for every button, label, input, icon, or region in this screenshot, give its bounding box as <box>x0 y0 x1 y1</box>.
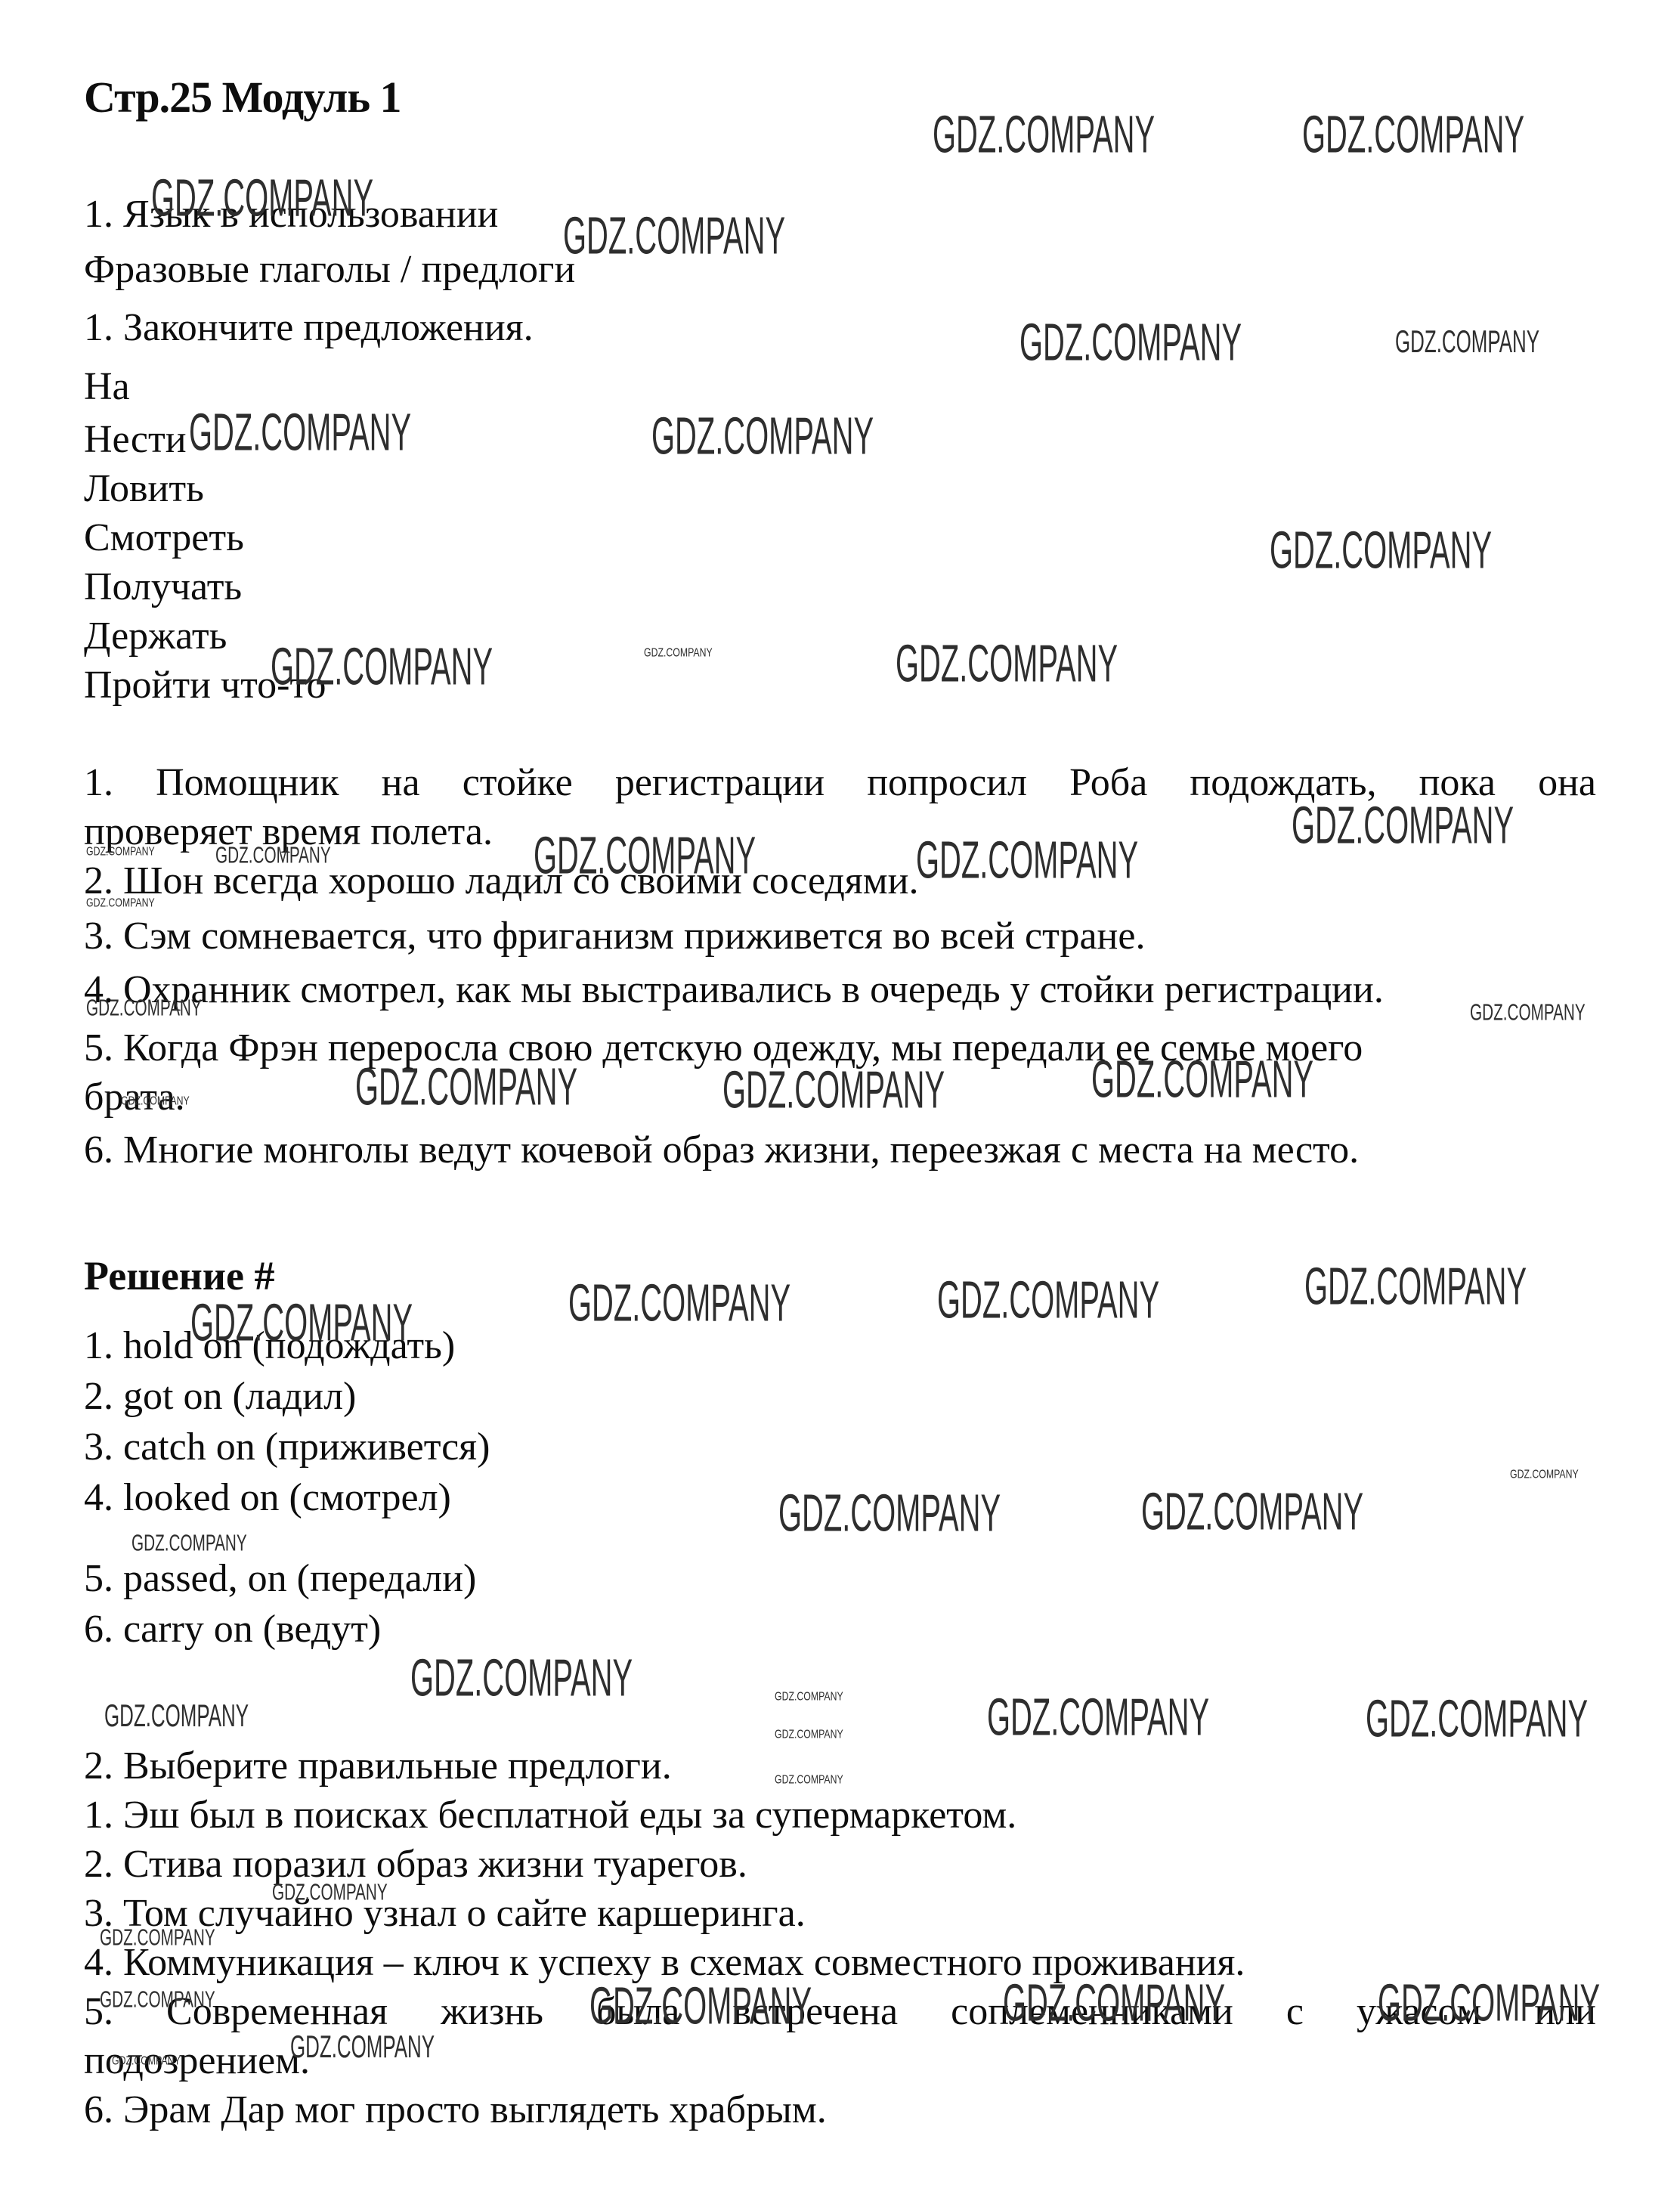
sentence-line: 2. Шон всегда хорошо ладил со своими сос… <box>84 856 1596 905</box>
answer-item: 1. hold on (подождать) <box>84 1320 1596 1371</box>
exercise1-subheading: Фразовые глаголы / предлоги <box>84 245 1596 294</box>
sentence-line: 5. Современная жизнь была встречена сопл… <box>84 1987 1596 2036</box>
watermark-stamp: GDZ.COMPANY <box>775 1690 843 1704</box>
sentence-line: подозрением. <box>84 2036 1596 2085</box>
word-item: На <box>84 362 1596 411</box>
word-item: Пройти что-то <box>84 661 1596 710</box>
word-item: Держать <box>84 611 1596 661</box>
watermark-stamp: GDZ.COMPANY <box>131 1530 247 1556</box>
watermark-stamp: GDZ.COMPANY <box>987 1687 1209 1748</box>
page-title: Стр.25 Модуль 1 <box>84 73 1596 122</box>
sentence-line: 1. Эш был в поисках бесплатной еды за су… <box>84 1791 1596 1840</box>
answer-item: 6. carry on (ведут) <box>84 1604 1596 1654</box>
word-item: Нести <box>84 415 1596 464</box>
watermark-stamp: GDZ.COMPANY <box>104 1698 249 1734</box>
sentence-line: брата. <box>84 1073 1596 1122</box>
sentence-line: 5. Когда Фрэн переросла свою детскую оде… <box>84 1023 1596 1073</box>
answer-item: 5. passed, on (передали) <box>84 1553 1596 1604</box>
exercise1-task: 1. Закончите предложения. <box>84 303 1596 352</box>
document-page: Стр.25 Модуль 1 1. Язык в использовании … <box>0 0 1680 2207</box>
answer-item: 3. catch on (приживется) <box>84 1422 1596 1472</box>
sentence-line: 4. Охранник смотрел, как мы выстраивалис… <box>84 965 1596 1014</box>
word-item: Получать <box>84 562 1596 611</box>
sentence-line: 3. Сэм сомневается, что фриганизм прижив… <box>84 912 1596 961</box>
exercise2-heading: 2. Выберите правильные предлоги. <box>84 1741 1596 1791</box>
sentence-line: 4. Коммуникация – ключ к успеху в схемах… <box>84 1938 1596 1987</box>
sentence-line: 6. Многие монголы ведут кочевой образ жи… <box>84 1125 1596 1175</box>
answer-item: 2. got on (ладил) <box>84 1371 1596 1422</box>
word-item: Смотреть <box>84 513 1596 562</box>
sentence-line: 2. Стива поразил образ жизни туарегов. <box>84 1840 1596 1889</box>
watermark-stamp: GDZ.COMPANY <box>410 1648 633 1709</box>
sentence-line: 1. Помощник на стойке регистрации попрос… <box>84 758 1596 807</box>
answer-item: 4. looked on (смотрел) <box>84 1472 1596 1523</box>
watermark-stamp: GDZ.COMPANY <box>775 1728 843 1741</box>
sentence-line: проверяет время полета. <box>84 807 1596 856</box>
sentence-line: 6. Эрам Дар мог просто выглядеть храбрым… <box>84 2085 1596 2134</box>
sentence-line: 3. Том случайно узнал о сайте каршеринга… <box>84 1889 1596 1938</box>
watermark-stamp: GDZ.COMPANY <box>1366 1689 1588 1750</box>
solution-heading: Решение # <box>84 1252 1596 1301</box>
exercise1-heading: 1. Язык в использовании <box>84 190 1596 239</box>
word-item: Ловить <box>84 464 1596 513</box>
